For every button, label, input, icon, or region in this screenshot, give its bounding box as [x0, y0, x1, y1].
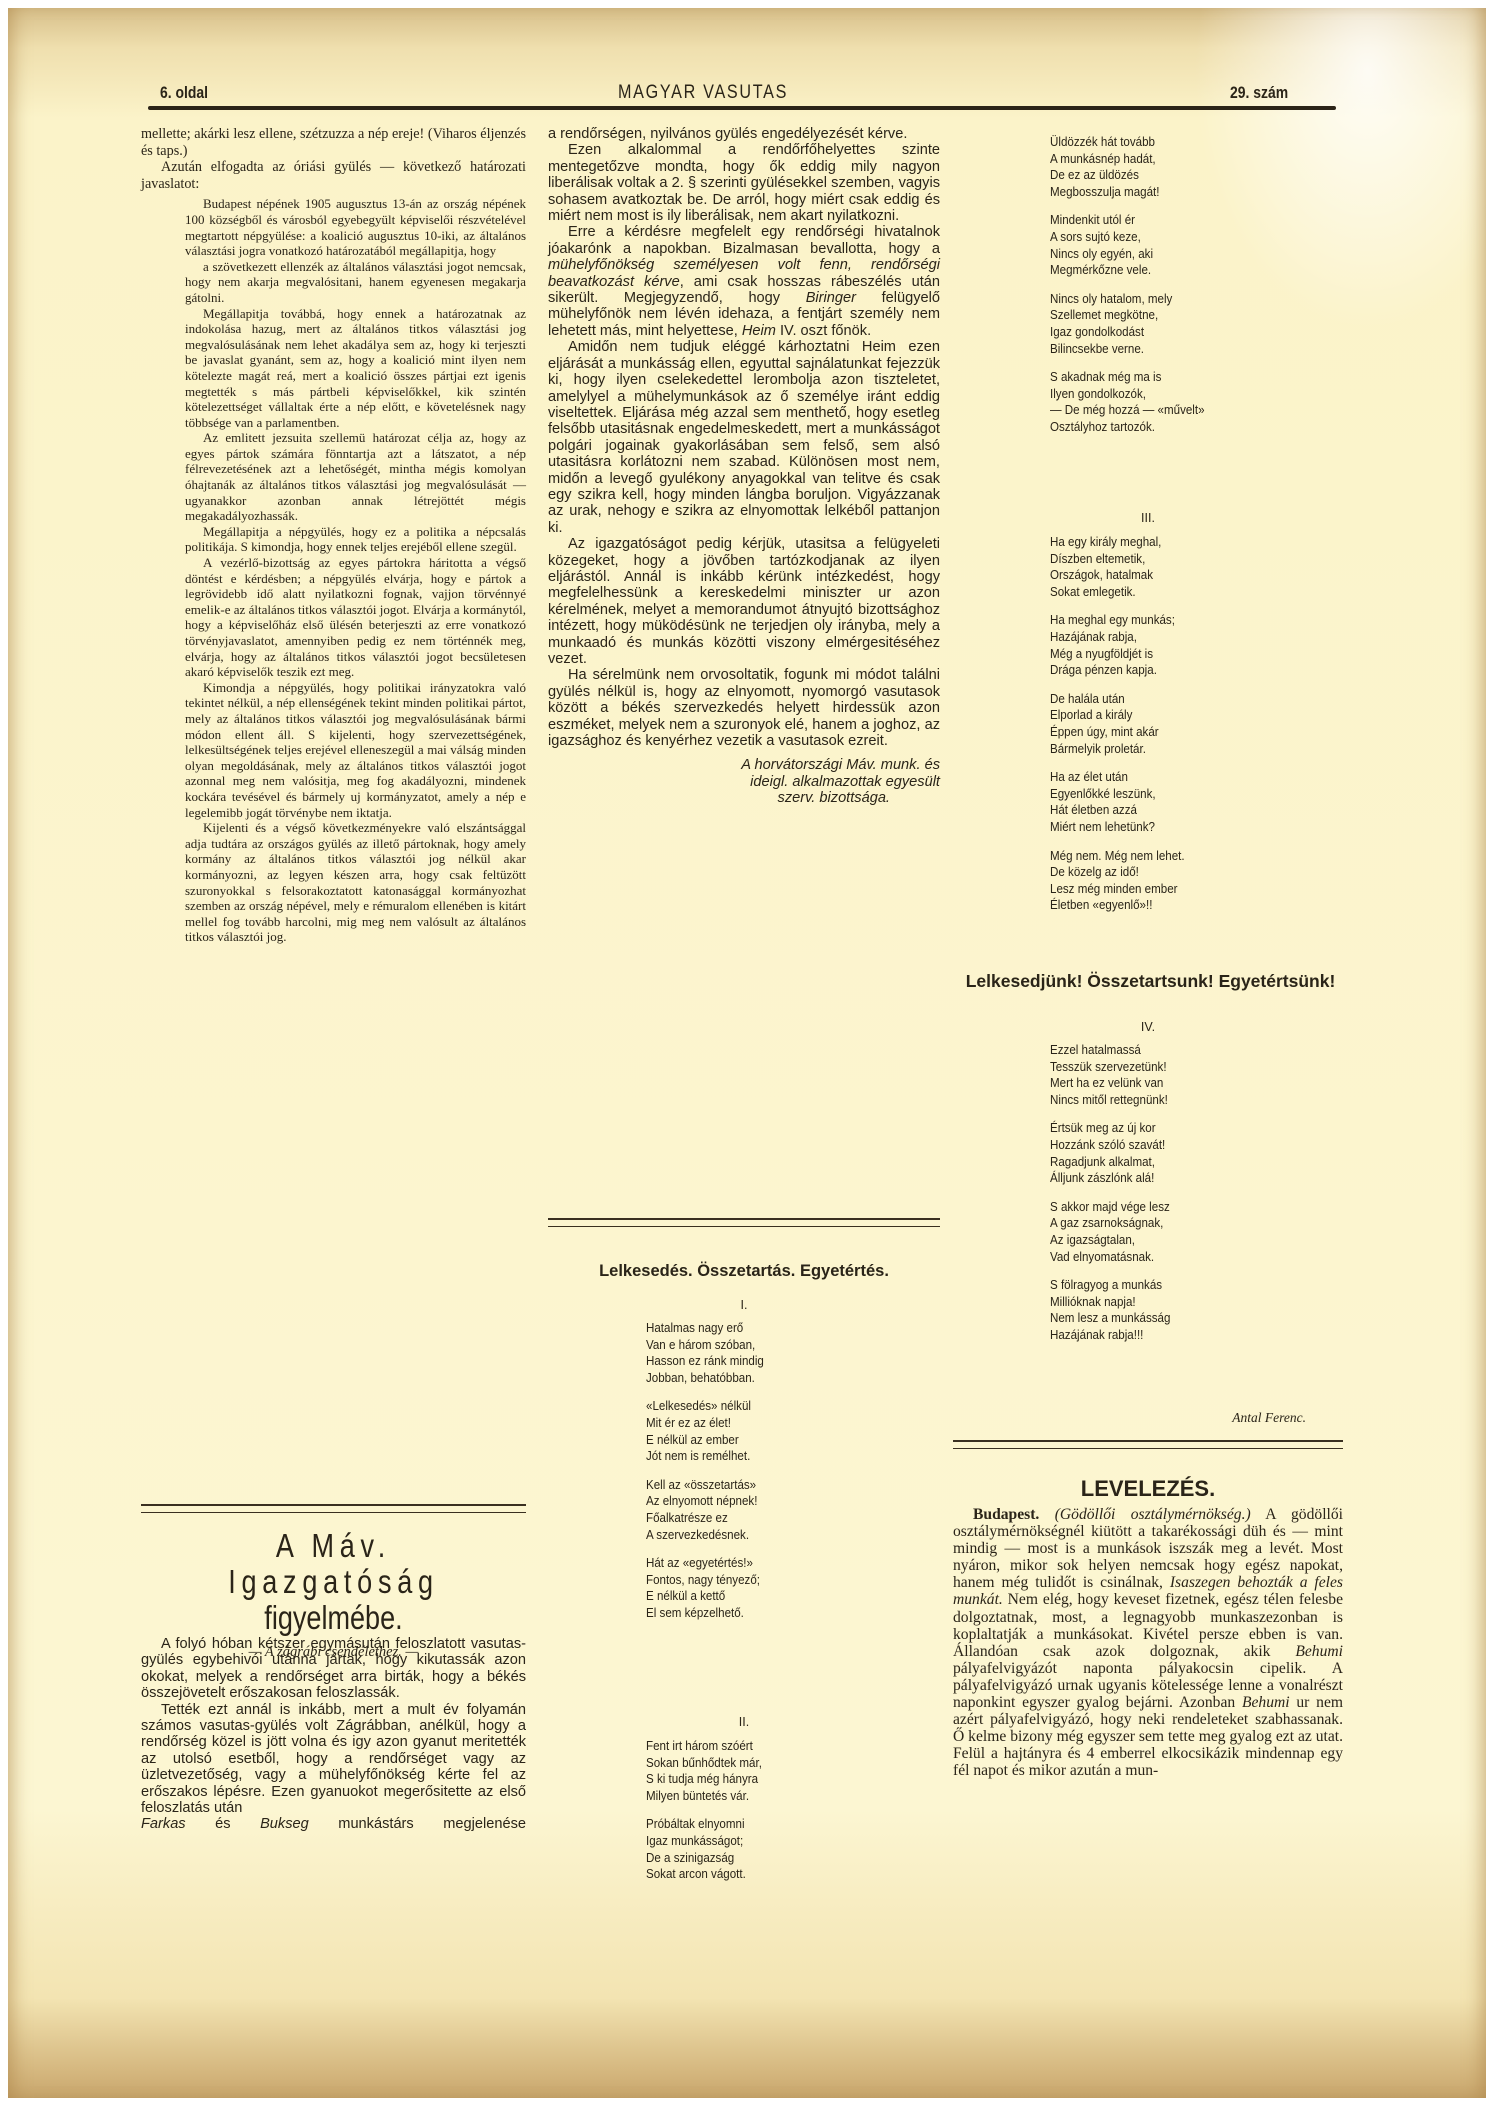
article-paragraph: a rendőrségen, nyilvános gyülés engedély… [548, 126, 940, 142]
name-biringer: Biringer [806, 290, 856, 306]
poem-line: Hasson ez ránk mindig [646, 1353, 885, 1370]
signature-line: szerv. bizottsága. [548, 790, 940, 807]
poem-line: Az igazságtalan, [1050, 1232, 1289, 1249]
poem-stanza: Fent irt három szóértSokan bűnhődtek már… [646, 1738, 885, 1804]
poem-line: Mindenkit utól ér [1050, 212, 1289, 229]
poem-stanza: S fölragyog a munkásMillióknak napja!Nem… [1050, 1277, 1289, 1343]
poem-stanza: S akadnak még ma isIlyen gondolkozók,— D… [1050, 369, 1289, 435]
issue-number: 29. szám [1230, 83, 1288, 103]
poem-line: Jót nem is remélhet. [646, 1448, 885, 1465]
poem-line: Bilincsekbe verne. [1050, 341, 1289, 358]
poem-line: De halála után [1050, 691, 1289, 708]
poem-stanza: «Lelkesedés» nélkülMit ér ez az élet!E n… [646, 1398, 885, 1464]
poem-line: Drága pénzen kapja. [1050, 662, 1289, 679]
resolution-text: Budapest népének 1905 augusztus 13-án az… [185, 196, 526, 945]
poem-stanza: Ezzel hatalmassáTesszük szervezetünk!Mer… [1050, 1042, 1289, 1108]
poem-line: Sokat emlegetik. [1050, 584, 1289, 601]
poem-line: De a szinigazság [646, 1850, 885, 1867]
correspondence-paragraph: Budapest. (Gödöllői osztálymérnökség.) A… [953, 1506, 1343, 1780]
page-number: 6. oldal [160, 83, 208, 103]
poem-line: Elporlad a király [1050, 707, 1289, 724]
poem-line: Hát életben azzá [1050, 802, 1289, 819]
poem-line: Osztályhoz tartozók. [1050, 419, 1289, 436]
text-fragment: IV. oszt főnök. [776, 323, 871, 339]
poem-line: Nincs oly hatalom, mely [1050, 291, 1289, 308]
text-fragment: Erre a kérdésre megfelelt egy rendőrségi… [548, 224, 940, 256]
poem-line: Hazájának rabja, [1050, 629, 1289, 646]
poem-line: Ha az élet után [1050, 769, 1289, 786]
section-divider [953, 1440, 1343, 1449]
column-2: a rendőrségen, nyilvános gyülés engedély… [548, 126, 940, 807]
poem-line: Igaz munkásságot; [646, 1833, 885, 1850]
header-rule [148, 106, 1336, 110]
poem-stanza: Nincs oly hatalom, melySzellemet megkötn… [1050, 291, 1289, 357]
poem-line: Értsük meg az új kor [1050, 1120, 1289, 1137]
poem-line: Bármelyik proletár. [1050, 741, 1289, 758]
poem-stanza: Ha egy király meghal,Díszben eltemetik,O… [1050, 534, 1289, 600]
poem-stanza: Üldözzék hát továbbA munkásnép hadát,De … [1050, 134, 1289, 200]
poem-part-1: Hatalmas nagy erőVan e három szóban,Hass… [646, 1320, 885, 1634]
poem-stanza: Hát az «egyetértés!»Fontos, nagy tényező… [646, 1555, 885, 1621]
poem-title: Lelkesedés. Összetartás. Egyetértés. [548, 1262, 940, 1281]
name-behumi: Behumi [1242, 1694, 1290, 1711]
article-paragraph: Amidőn nem tudjuk eléggé kárhoztatni Hei… [548, 339, 940, 536]
poem-line: Egyenlőkké leszünk, [1050, 786, 1289, 803]
poem-line: E nélkül a kettő [646, 1588, 885, 1605]
poem-stanza: Mindenkit utól érA sors sujtó keze,Nincs… [1050, 212, 1289, 278]
poem-line: Mit ér ez az élet! [646, 1415, 885, 1432]
poem-line: Díszben eltemetik, [1050, 551, 1289, 568]
poem-line: Miért nem lehetünk? [1050, 819, 1289, 836]
intro-paragraph: mellette; akárki lesz ellene, szétzuzza … [141, 126, 526, 159]
poem-line: Nincs mitől rettegnünk! [1050, 1092, 1289, 1109]
poem-line: S akkor majd vége lesz [1050, 1199, 1289, 1216]
poem-line: «Lelkesedés» nélkül [646, 1398, 885, 1415]
poem-line: Üldözzék hát tovább [1050, 134, 1289, 151]
poem-stanza: S akkor majd vége leszA gaz zsarnokságna… [1050, 1199, 1289, 1265]
poem-line: Jobban, behatóbban. [646, 1370, 885, 1387]
poem-part-4: Ezzel hatalmassáTesszük szervezetünk!Mer… [1050, 1042, 1289, 1356]
article-paragraph: Az igazgatóságot pedig kérjük, utasitsa … [548, 536, 940, 667]
poem-section-number: III. [953, 511, 1343, 525]
poem-stanza: Értsük meg az új korHozzánk szóló szavát… [1050, 1120, 1289, 1186]
poem-line: Ilyen gondolkozók, [1050, 386, 1289, 403]
resolution-paragraph: Megállapitja a népgyülés, hogy ez a poli… [185, 524, 526, 555]
poem-line: Szellemet megkötne, [1050, 307, 1289, 324]
resolution-paragraph: Az emlitett jezsuita szellemü határozat … [185, 430, 526, 524]
poem-line: De ez az üldözés [1050, 167, 1289, 184]
poem-line: Ezzel hatalmassá [1050, 1042, 1289, 1059]
poem-line: Vad elnyomatásnak. [1050, 1249, 1289, 1266]
name-farkas: Farkas [141, 1816, 186, 1832]
poem-line: Nem lesz a munkásság [1050, 1310, 1289, 1327]
signature-line: ideigl. alkalmazottak egyesült [548, 774, 940, 791]
poem-line: Sokan bűnhődtek már, [646, 1755, 885, 1772]
poem-line: Országok, hatalmak [1050, 567, 1289, 584]
resolution-paragraph: a szövetkezett ellenzék az általános vál… [185, 259, 526, 306]
poem-section-number: IV. [953, 1020, 1343, 1034]
article-paragraph: Tették ezt annál is inkább, mert a mult … [141, 1702, 526, 1817]
poem-line: Próbáltak elnyomni [646, 1816, 885, 1833]
poem-continuation: Üldözzék hát továbbA munkásnép hadát,De … [1050, 134, 1289, 448]
text-fragment: és [186, 1816, 260, 1832]
poem-line: Millióknak napja! [1050, 1294, 1289, 1311]
article-last-line: Farkas és Bukseg munkástárs megjelenése [141, 1816, 526, 1832]
poem-line: Hozzánk szóló szavát! [1050, 1137, 1289, 1154]
poem-line: Lesz még minden ember [1050, 881, 1289, 898]
poem-line: Fent irt három szóért [646, 1738, 885, 1755]
poem-line: Megmérkőzne vele. [1050, 262, 1289, 279]
poem-line: A szervezkedésnek. [646, 1527, 885, 1544]
poem-line: Megbosszulja magát! [1050, 184, 1289, 201]
correspondence-place-note: (Gödöllői osztálymérnökség.) [1055, 1506, 1251, 1523]
poem-stanza: Még nem. Még nem lehet.De közelg az idő!… [1050, 848, 1289, 914]
resolution-paragraph: Kijelenti és a végső következményekre va… [185, 820, 526, 945]
resolution-paragraph: Budapest népének 1905 augusztus 13-án az… [185, 196, 526, 258]
poem-line: Nincs oly egyén, aki [1050, 246, 1289, 263]
poem-line: S ki tudja még hányra [646, 1771, 885, 1788]
poem-line: El sem képzelhető. [646, 1605, 885, 1622]
resolution-paragraph: Megállapitja továbbá, hogy ennek a határ… [185, 306, 526, 431]
poem-stanza: Hatalmas nagy erőVan e három szóban,Hass… [646, 1320, 885, 1386]
poem-line: Ragadjunk alkalmat, [1050, 1154, 1289, 1171]
poem-line: Hát az «egyetértés!» [646, 1555, 885, 1572]
poem-stanza: Ha meghal egy munkás;Hazájának rabja,Még… [1050, 612, 1289, 678]
poem-line: Kell az «összetartás» [646, 1477, 885, 1494]
text-fragment: Nem elég, hogy keveset fizetnek, egész t… [953, 1591, 1343, 1659]
poem-line: Tesszük szervezetünk! [1050, 1059, 1289, 1076]
exhortation-heading: Lelkesedjünk! Összetartsunk! Egyetértsün… [963, 971, 1338, 991]
poem-stanza: Kell az «összetartás»Az elnyomott népnek… [646, 1477, 885, 1543]
name-heim: Heim [742, 323, 776, 339]
poem-line: Az elnyomott népnek! [646, 1493, 885, 1510]
poem-line: A munkásnép hadát, [1050, 151, 1289, 168]
poem-line: Sokat arcon vágott. [646, 1866, 885, 1883]
poem-line: Hatalmas nagy erő [646, 1320, 885, 1337]
correspondence-place: Budapest. [973, 1506, 1039, 1523]
poem-part-3: Ha egy király meghal,Díszben eltemetik,O… [1050, 534, 1289, 926]
poem-line: E nélkül az ember [646, 1432, 885, 1449]
correspondence-heading: LEVELEZÉS. [953, 1476, 1343, 1502]
poem-section-number: II. [548, 1715, 940, 1729]
poem-stanza: Ha az élet utánEgyenlőkké leszünk,Hát él… [1050, 769, 1289, 835]
poem-part-2: Fent irt három szóértSokan bűnhődtek már… [646, 1738, 885, 1895]
section-divider [548, 1218, 940, 1227]
article-paragraph: Ezen alkalommal a rendőrfőhelyettes szin… [548, 142, 940, 224]
resolution-paragraph: A vezérlő-bizottság az egyes pártokra há… [185, 555, 526, 680]
article-body: A folyó hóban kétszer egymásután feloszl… [141, 1636, 526, 1833]
poem-line: A gaz zsarnokságnak, [1050, 1215, 1289, 1232]
poem-line: Még a nyugföldjét is [1050, 646, 1289, 663]
poem-line: Éppen úgy, mint akár [1050, 724, 1289, 741]
poem-line: — De még hozzá — «művelt» [1050, 402, 1289, 419]
poem-line: Van e három szóban, [646, 1337, 885, 1354]
poem-line: Milyen büntetés vár. [646, 1788, 885, 1805]
newspaper-page: 6. oldal MAGYAR VASUTAS 29. szám mellett… [8, 8, 1486, 2098]
poem-line: Hazájának rabja!!! [1050, 1327, 1289, 1344]
article-paragraph: Ha sérelmünk nem orvosoltatik, fogunk mi… [548, 667, 940, 749]
poem-stanza: De halála utánElporlad a királyÉppen úgy… [1050, 691, 1289, 757]
poem-line: Álljunk zászlónk alá! [1050, 1170, 1289, 1187]
poem-line: Ha egy király meghal, [1050, 534, 1289, 551]
poem-line: Főalkatrésze ez [646, 1510, 885, 1527]
poem-line: Fontos, nagy tényező; [646, 1572, 885, 1589]
poem-author: Antal Ferenc. [1050, 1410, 1306, 1426]
article-title-line1: A Máv. Igazgatóság [176, 1528, 492, 1600]
name-behumi: Behumi [1295, 1643, 1343, 1660]
poem-line: S akadnak még ma is [1050, 369, 1289, 386]
article-paragraph: Erre a kérdésre megfelelt egy rendőrségi… [548, 224, 940, 339]
poem-line: De közelg az idő! [1050, 864, 1289, 881]
poem-line: S fölragyog a munkás [1050, 1277, 1289, 1294]
article-title-line2: figyelmébe. [176, 1600, 492, 1636]
masthead-title: MAGYAR VASUTAS [618, 82, 788, 104]
poem-line: Igaz gondolkodást [1050, 324, 1289, 341]
text-fragment: munkástárs megjelenése [309, 1816, 526, 1832]
resolution-paragraph: Kimondja a népgyülés, hogy politikai irá… [185, 680, 526, 820]
intro-paragraph: Azután elfogadta az óriási gyülés — köve… [141, 159, 526, 192]
signature-block: A horvátországi Máv. munk. és ideigl. al… [548, 757, 940, 807]
poem-line: Életben «egyenlő»!! [1050, 897, 1289, 914]
correspondence-body: Budapest. (Gödöllői osztálymérnökség.) A… [953, 1506, 1343, 1780]
poem-line: Ha meghal egy munkás; [1050, 612, 1289, 629]
poem-line: A sors sujtó keze, [1050, 229, 1289, 246]
section-divider [141, 1504, 526, 1513]
article-paragraph: A folyó hóban kétszer egymásután feloszl… [141, 1636, 526, 1702]
name-bukseg: Bukseg [260, 1816, 309, 1832]
poem-line: Mert ha ez velünk van [1050, 1075, 1289, 1092]
poem-line: Még nem. Még nem lehet. [1050, 848, 1289, 865]
poem-stanza: Próbáltak elnyomniIgaz munkásságot;De a … [646, 1816, 885, 1882]
poem-section-number: I. [548, 1298, 940, 1312]
signature-line: A horvátországi Máv. munk. és [548, 757, 940, 774]
column-1: mellette; akárki lesz ellene, szétzuzza … [141, 126, 526, 945]
